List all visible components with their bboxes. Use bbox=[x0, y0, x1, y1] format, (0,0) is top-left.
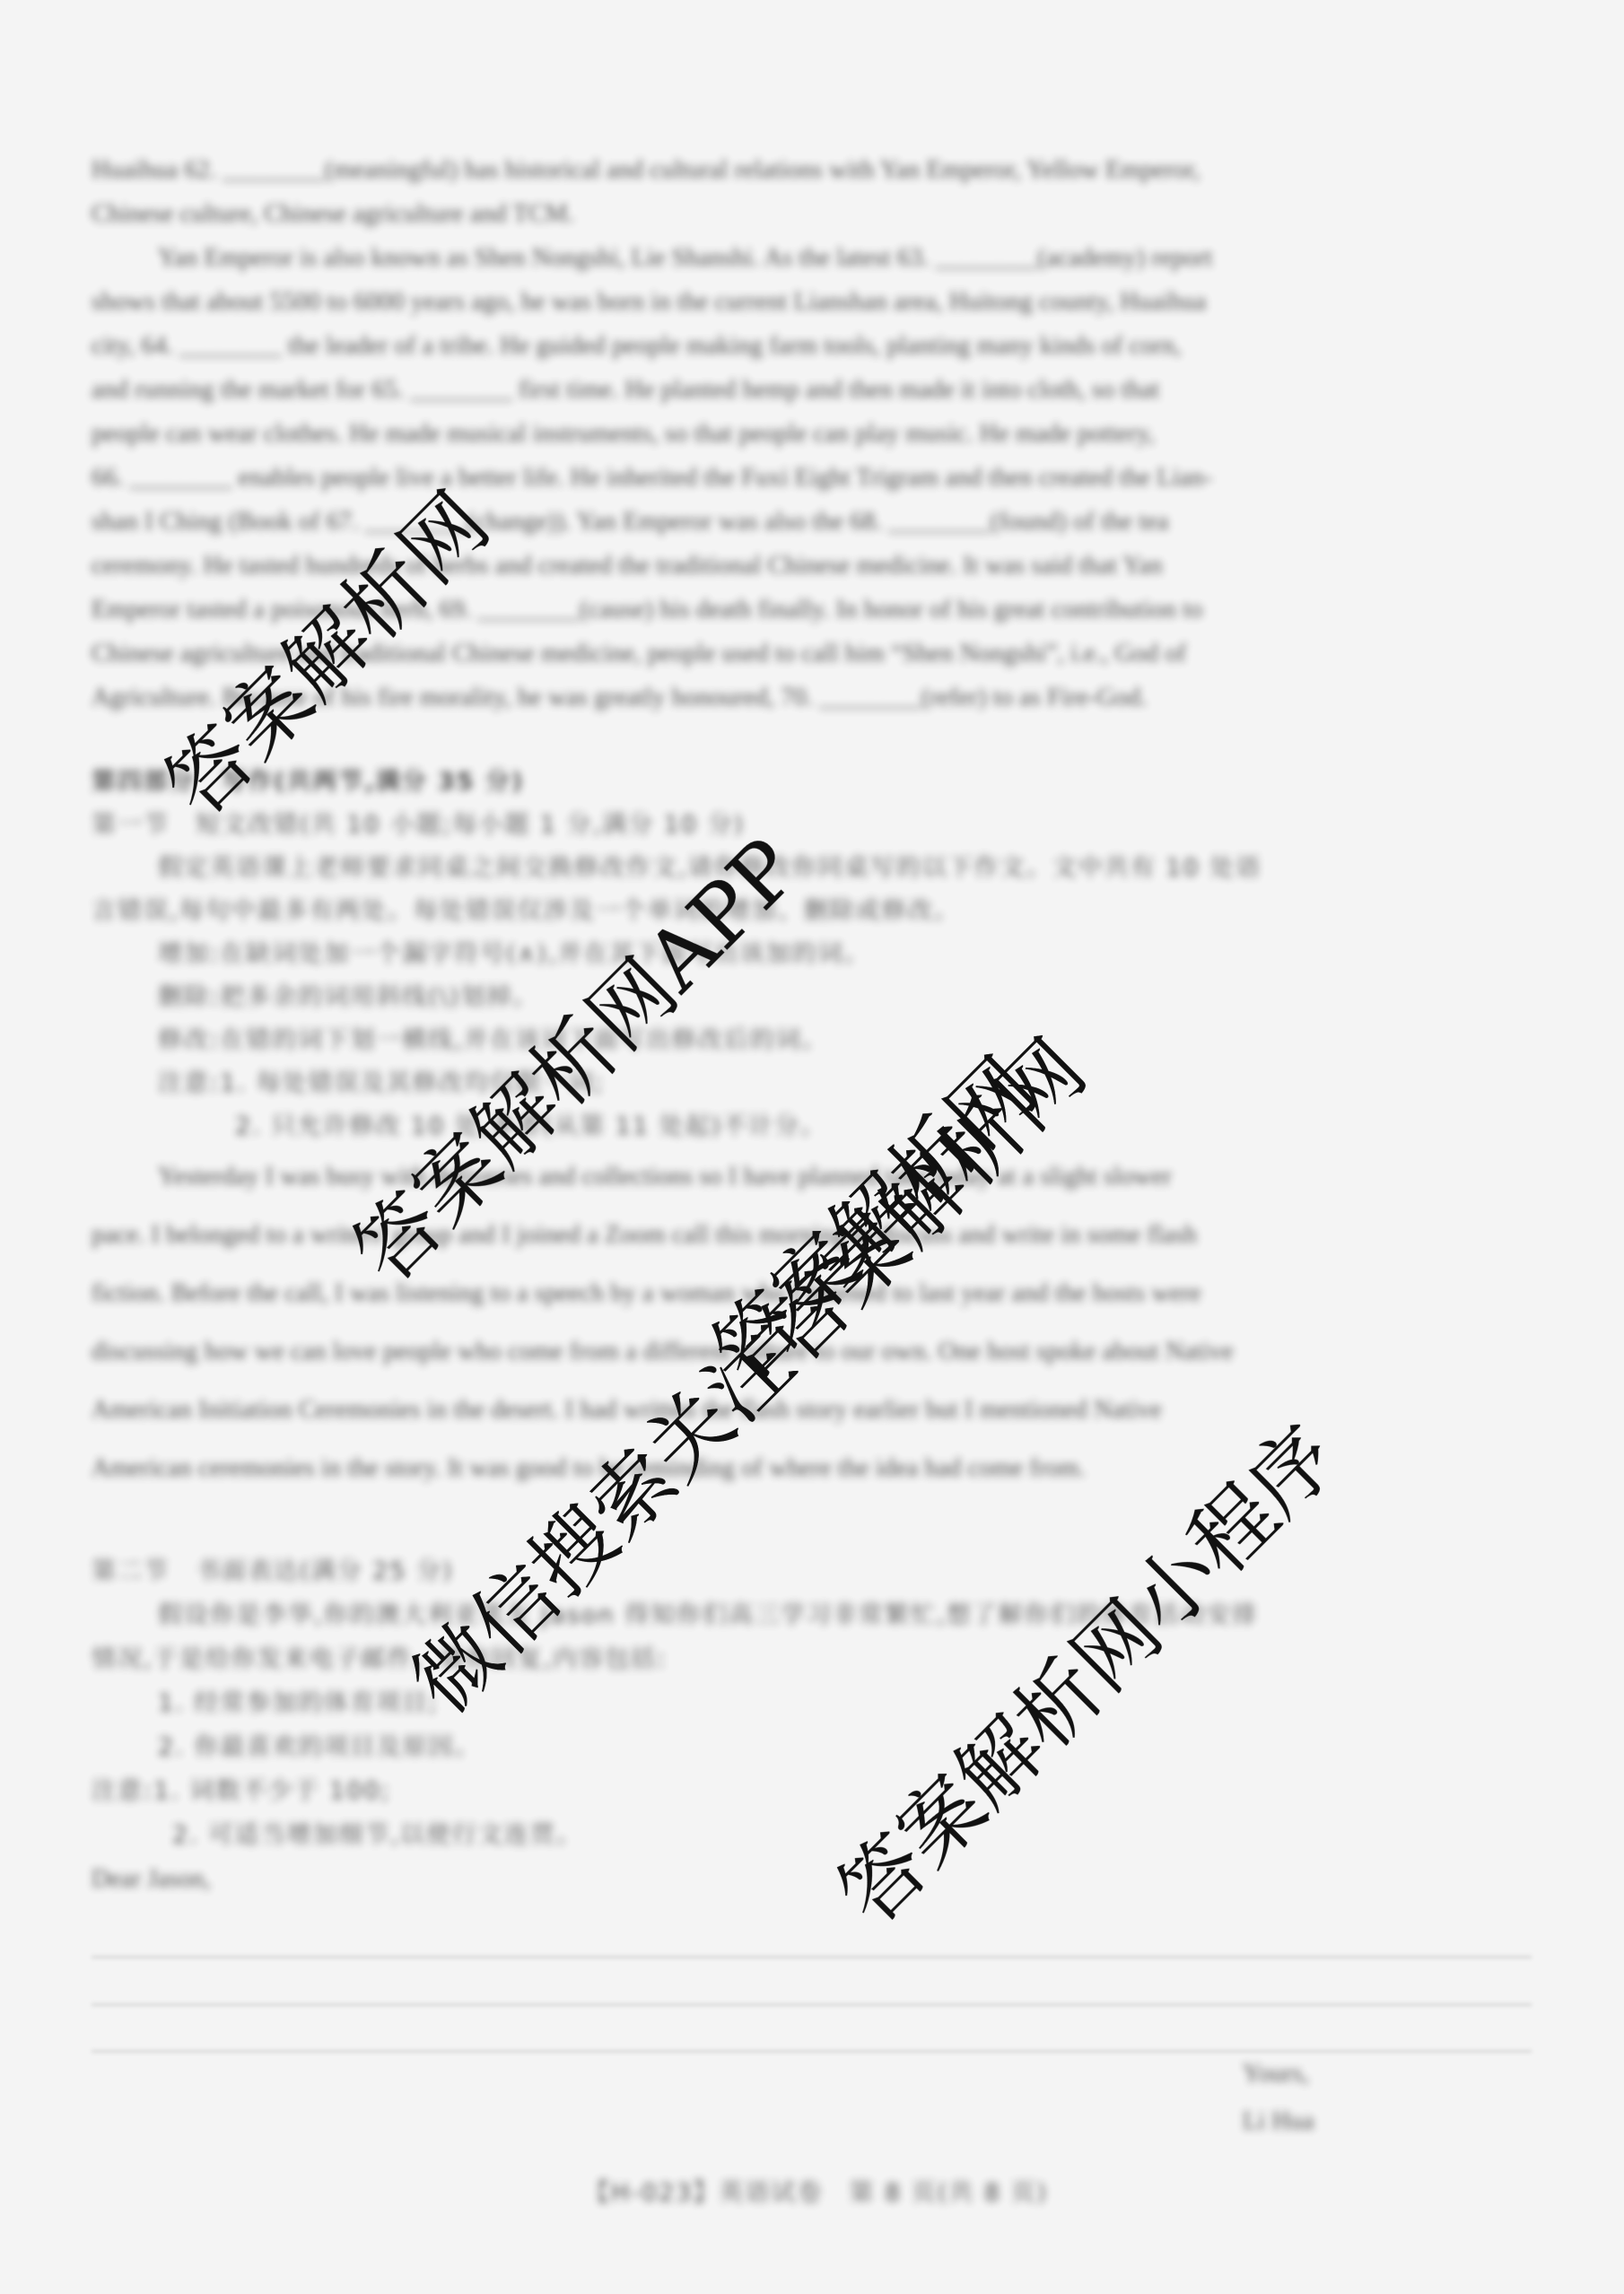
signature: Li Hua bbox=[1243, 2104, 1422, 2140]
instruction-line: 删除:把多余的词用斜线(\)划掉。 bbox=[158, 980, 1532, 1016]
section2-title: 第二节 书面表达(满分 25 分) bbox=[92, 1554, 1532, 1590]
answer-line bbox=[92, 1956, 1532, 1958]
instruction-line: 假设你是李华,你的澳大利亚笔友 Jason 得知你们高三学习非常繁忙,想了解你们… bbox=[158, 1598, 1532, 1634]
part4-heading: 第四部分 写作(共两节,满分 35 分) bbox=[92, 764, 1532, 800]
exam-page: Huaihua 62. ________(meaningful) has his… bbox=[0, 0, 1624, 2294]
passage-line: Chinese culture, Chinese agriculture and… bbox=[92, 196, 1532, 232]
passage-line: ceremony. He tasted hundreds of herbs an… bbox=[92, 548, 1532, 584]
closing: Yours, bbox=[1243, 2056, 1422, 2092]
passage-line: Yan Emperor is also known as Shen Nongsh… bbox=[158, 240, 1532, 276]
instruction-line: 2. 你最喜欢的项目及原因。 bbox=[158, 1730, 1532, 1766]
passage-line: shows that about 5500 to 6000 years ago,… bbox=[92, 284, 1532, 320]
answer-line bbox=[92, 2003, 1532, 2006]
passage-line: 66. ________ enables people live a bette… bbox=[92, 460, 1532, 496]
passage-line: Huaihua 62. ________(meaningful) has his… bbox=[92, 153, 1532, 188]
answer-line bbox=[92, 2050, 1532, 2053]
instruction-line: 假定英语课上老师要求同桌之间交换修改作文,请你修改你同桌写的以下作文。文中共有 … bbox=[158, 850, 1532, 886]
passage-line: shan I Ching (Book of 67. ________(chang… bbox=[92, 504, 1532, 540]
instruction-line: 注意:1. 每处错误及其修改均仅限一词; bbox=[158, 1066, 1532, 1102]
instruction-line: 增加:在缺词处加一个漏字符号(∧),并在其下面写出该加的词。 bbox=[158, 937, 1532, 973]
error-passage-line: American Initiation Ceremonies in the de… bbox=[92, 1392, 1532, 1428]
instruction-line: 修改:在错的词下划一横线,并在该词下面写出修改后的词。 bbox=[158, 1023, 1532, 1059]
passage-line: and running the market for 65. ________ … bbox=[92, 372, 1532, 408]
page-footer: 【H-023】英语试卷 第 8 页(共 8 页) bbox=[538, 2176, 1095, 2211]
section1-title: 第一节 短文改错(共 10 小题;每小题 1 分,满分 10 分) bbox=[92, 807, 1532, 843]
instruction-line: 情况,于是给你发来电子邮件。请你回复,内容包括: bbox=[92, 1642, 1532, 1678]
instruction-line: 言错误,每句中最多有两处。每处错误仅涉及一个单词的增加、删除或修改。 bbox=[92, 894, 1532, 929]
instruction-line: 1. 经常参加的体育项目; bbox=[158, 1686, 1532, 1722]
passage-line: people can wear clothes. He made musical… bbox=[92, 416, 1532, 452]
instruction-line: 注意:1. 词数不少于 100; bbox=[92, 1774, 1532, 1810]
passage-line: city, 64. ________ the leader of a tribe… bbox=[92, 328, 1532, 364]
salutation: Dear Jason, bbox=[92, 1862, 1532, 1897]
